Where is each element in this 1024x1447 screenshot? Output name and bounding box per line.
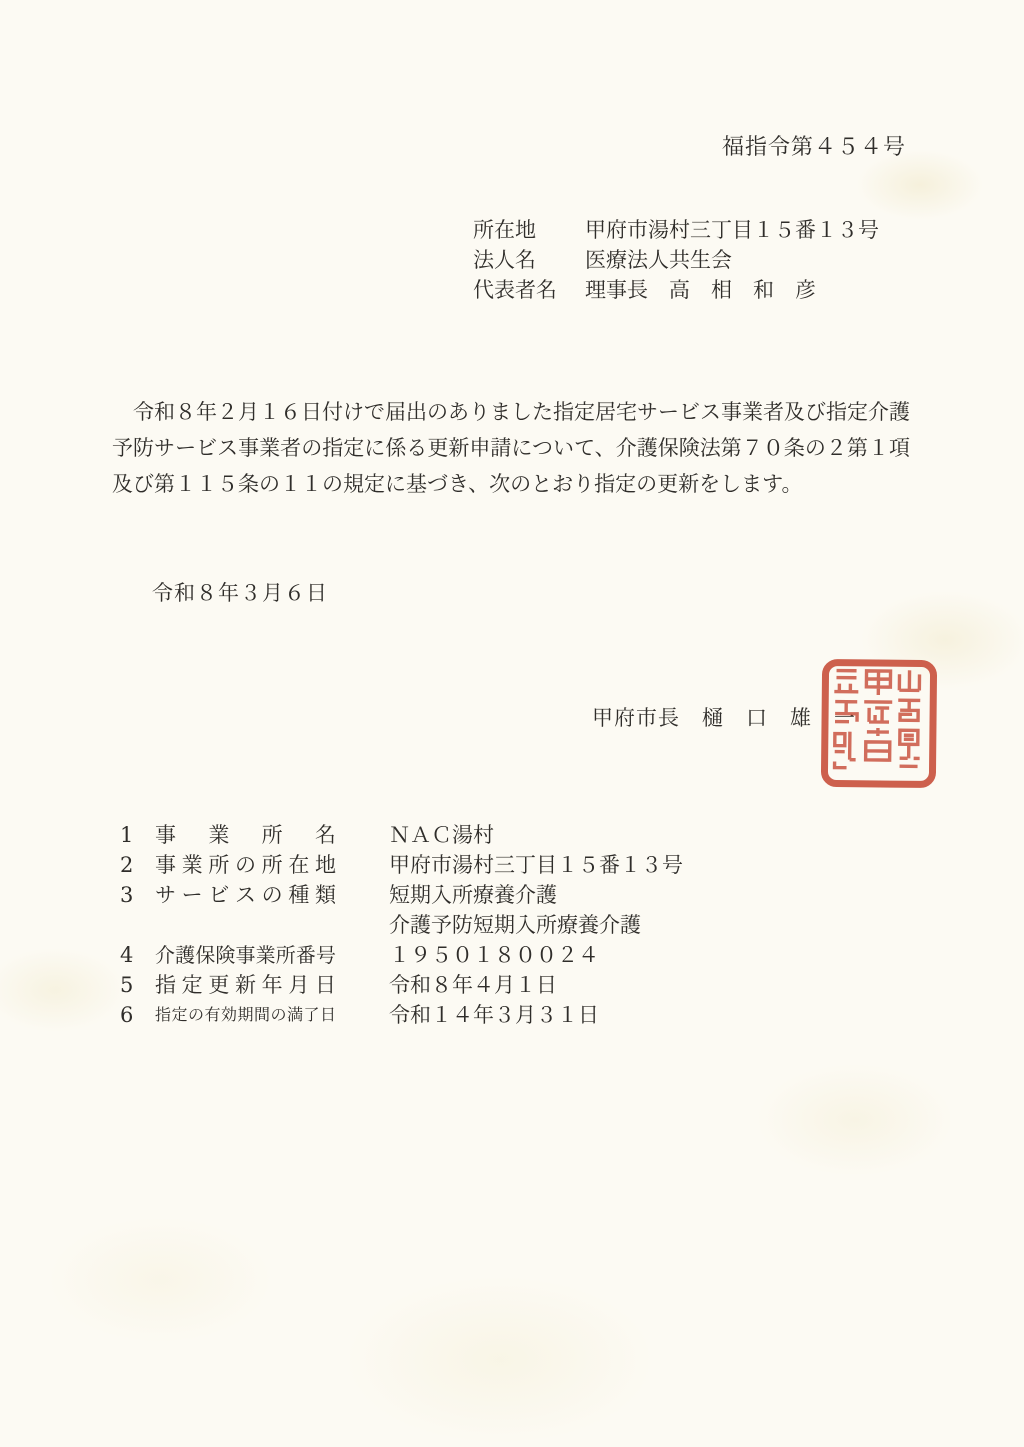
recipient-corporation-row: 法人名 医療法人共生会: [473, 245, 879, 275]
item-label: 指定の有効期間の満了日: [155, 1000, 336, 1030]
item-label: 事業所名: [155, 820, 336, 850]
item-value: １９５０１８００２４: [389, 940, 599, 970]
item-row-insurance-office-number: 4 介護保険事業所番号 １９５０１８００２４: [120, 940, 683, 970]
recipient-corporation-label: 法人名: [473, 245, 585, 275]
recipient-corporation-value: 医療法人共生会: [585, 245, 732, 275]
designation-items-list: 1 事業所名 ＮＡＣ湯村 2 事業所の所在地 甲府市湯村三丁目１５番１３号 3 …: [120, 820, 683, 1030]
item-number: 4: [120, 940, 155, 970]
item-value: ＮＡＣ湯村: [389, 820, 494, 850]
scanned-official-document: 福指令第４５４号 所在地 甲府市湯村三丁目１５番１３号 法人名 医療法人共生会 …: [0, 0, 1024, 1447]
item-row-expiration-date: 6 指定の有効期間の満了日 令和１４年３月３１日: [120, 1000, 683, 1030]
recipient-address-row: 所在地 甲府市湯村三丁目１５番１３号: [473, 215, 879, 245]
item-row-business-name: 1 事業所名 ＮＡＣ湯村: [120, 820, 683, 850]
item-row-service-type: 3 サービスの種類 短期入所療養介護 介護予防短期入所療養介護: [120, 880, 683, 940]
item-value: 甲府市湯村三丁目１５番１３号: [389, 850, 683, 880]
service-type-line-2: 介護予防短期入所療養介護: [389, 910, 641, 940]
item-label: 介護保険事業所番号: [155, 940, 336, 970]
item-value: 令和８年４月１日: [389, 970, 557, 1000]
item-number: 5: [120, 970, 155, 1000]
item-row-business-address: 2 事業所の所在地 甲府市湯村三丁目１５番１３号: [120, 850, 683, 880]
item-value: 令和１４年３月３１日: [389, 1000, 599, 1030]
item-number: 6: [120, 1000, 155, 1030]
recipient-representative-row: 代表者名 理事長 高 相 和 彦: [473, 275, 879, 305]
body-paragraph: 令和８年２月１６日付けで届出のありました指定居宅サービス事業者及び指定介護予防サ…: [112, 394, 910, 502]
item-label: 指定更新年月日: [155, 970, 336, 1000]
recipient-address-label: 所在地: [473, 215, 585, 245]
recipient-block: 所在地 甲府市湯村三丁目１５番１３号 法人名 医療法人共生会 代表者名 理事長 …: [473, 215, 879, 305]
issue-date: 令和８年３月６日: [152, 577, 328, 607]
item-label: サービスの種類: [155, 880, 336, 910]
seal-icon: [819, 657, 938, 789]
item-row-renewal-date: 5 指定更新年月日 令和８年４月１日: [120, 970, 683, 1000]
recipient-representative-value: 理事長 高 相 和 彦: [585, 275, 816, 305]
item-number: 3: [120, 880, 155, 910]
item-value: 短期入所療養介護 介護予防短期入所療養介護: [389, 880, 641, 940]
issuer-mayor-name: 甲府市長 樋 口 雄 一: [592, 702, 856, 732]
recipient-representative-label: 代表者名: [473, 275, 585, 305]
item-number: 1: [120, 820, 155, 850]
document-number: 福指令第４５４号: [722, 130, 906, 161]
official-red-seal-stamp: [819, 657, 938, 789]
item-label: 事業所の所在地: [155, 850, 336, 880]
service-type-line-1: 短期入所療養介護: [389, 880, 641, 910]
recipient-address-value: 甲府市湯村三丁目１５番１３号: [585, 215, 879, 245]
item-number: 2: [120, 850, 155, 880]
